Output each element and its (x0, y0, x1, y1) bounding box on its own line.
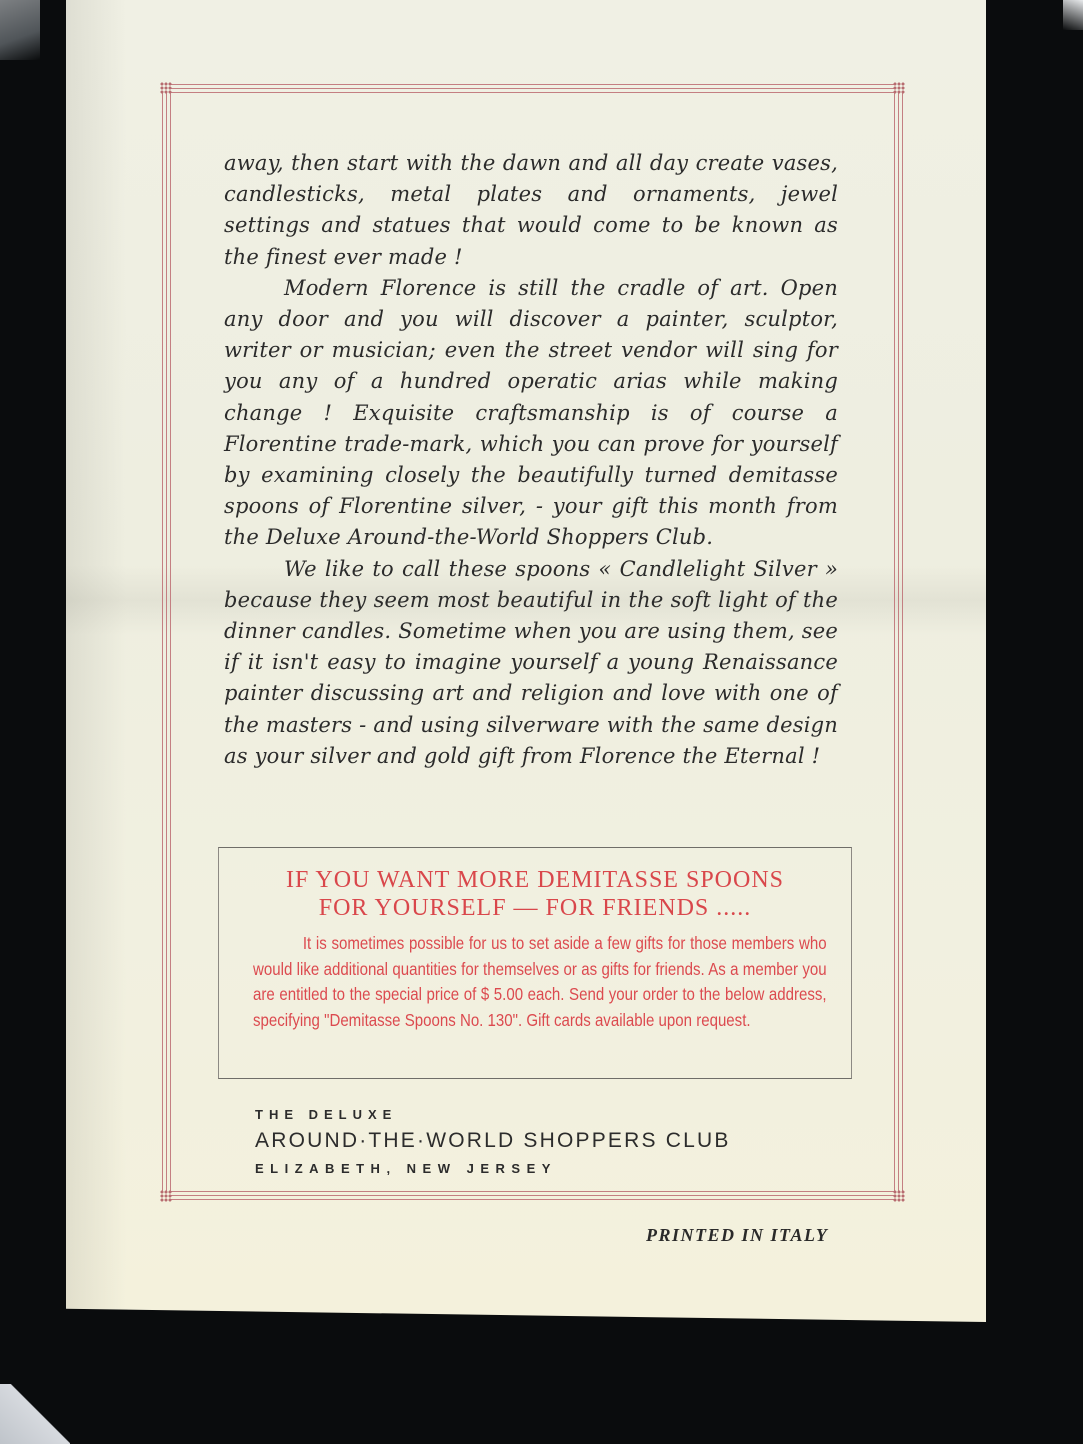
body-text: away, then start with the dawn and all d… (224, 148, 838, 772)
background-object (0, 1384, 70, 1444)
offer-title-line: FOR YOURSELF — FOR FRIENDS ..... (219, 894, 851, 922)
offer-body: It is sometimes possible for us to set a… (253, 931, 827, 1033)
club-kicker: THE DELUXE (255, 1106, 731, 1124)
club-signature: THE DELUXE AROUND·THE·WORLD SHOPPERS CLU… (255, 1106, 731, 1179)
corner-ornament-icon (160, 82, 172, 94)
paragraph: Modern Florence is still the cradle of a… (224, 273, 838, 554)
offer-box: IF YOU WANT MORE DEMITASSE SPOONS FOR YO… (218, 847, 852, 1079)
paragraph: away, then start with the dawn and all d… (224, 148, 838, 273)
club-location: ELIZABETH, NEW JERSEY (255, 1159, 731, 1179)
corner-ornament-icon (893, 82, 905, 94)
background-object (1063, 0, 1083, 30)
printed-imprint: PRINTED IN ITALY (646, 1225, 828, 1246)
offer-title-line: IF YOU WANT MORE DEMITASSE SPOONS (219, 866, 851, 894)
paragraph: We like to call these spoons « Candlelig… (224, 554, 838, 772)
offer-text: It is sometimes possible for us to set a… (253, 931, 827, 1033)
club-name: AROUND·THE·WORLD SHOPPERS CLUB (255, 1126, 731, 1156)
corner-ornament-icon (160, 1190, 172, 1202)
background-object (0, 0, 40, 60)
offer-title: IF YOU WANT MORE DEMITASSE SPOONS FOR YO… (219, 866, 851, 922)
corner-ornament-icon (893, 1190, 905, 1202)
page-shadow (66, 0, 126, 1322)
